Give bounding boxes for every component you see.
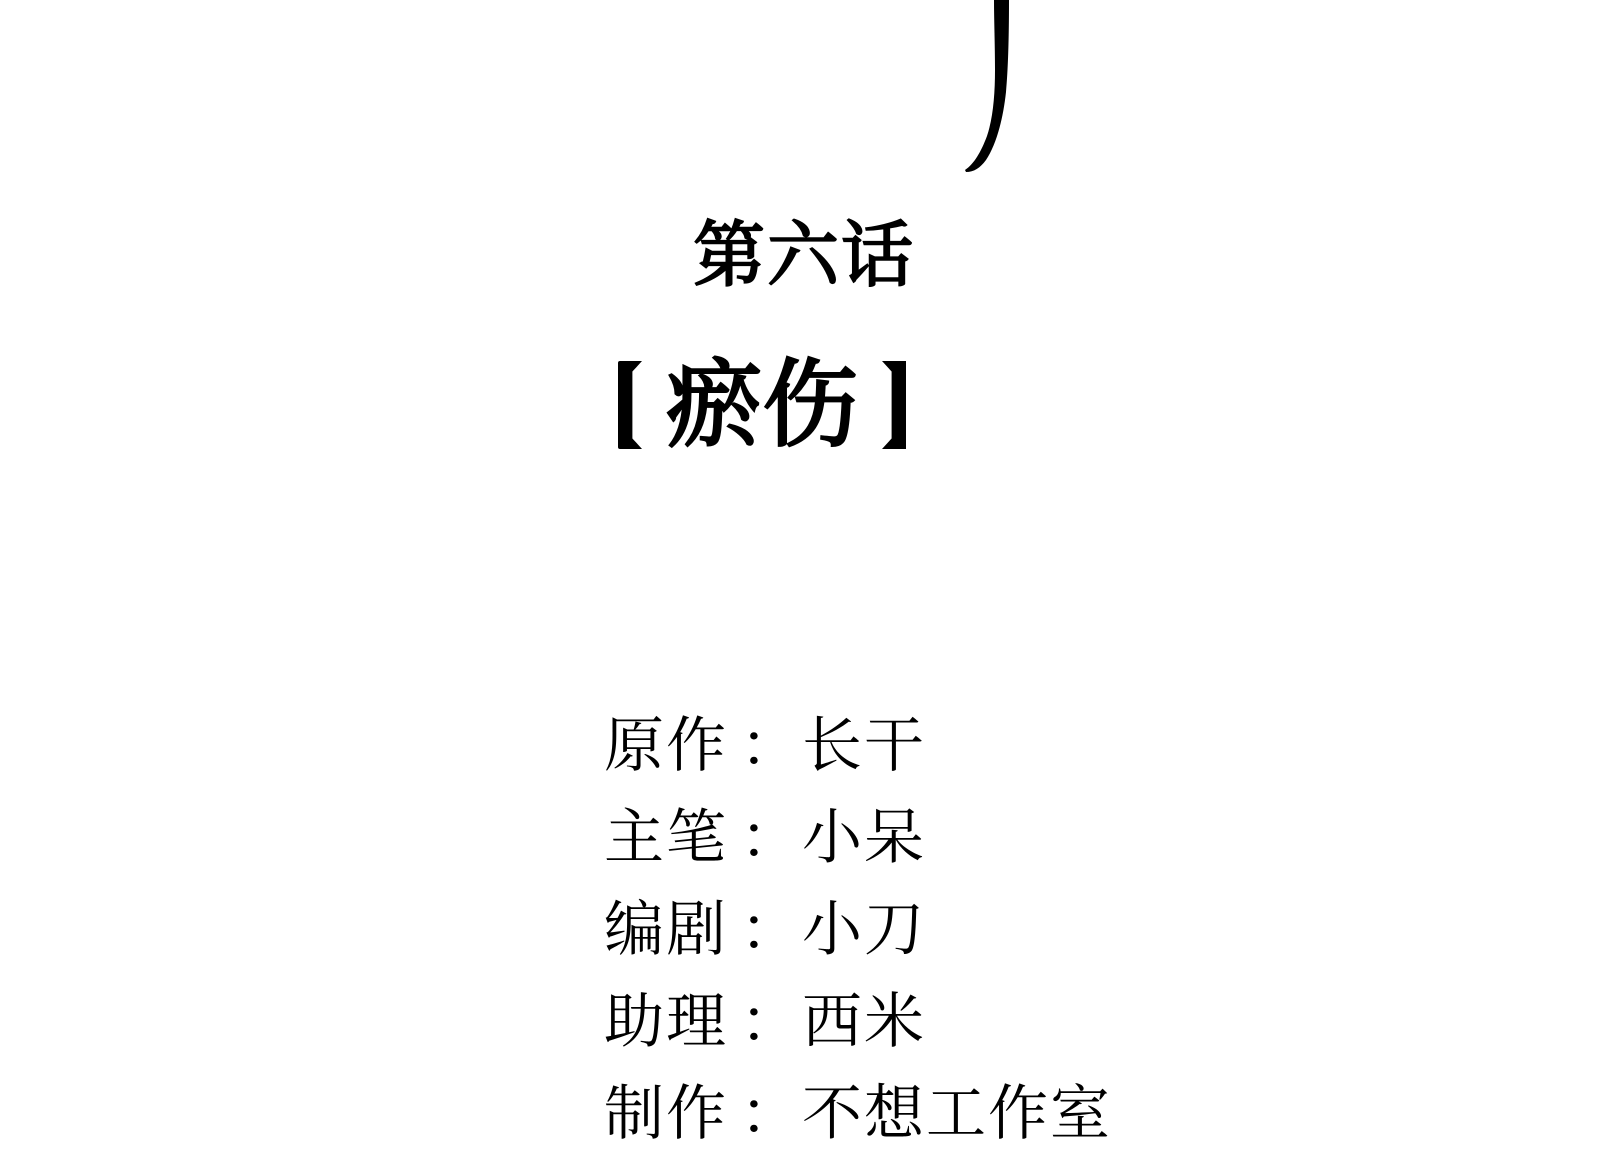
credit-colon: ： bbox=[740, 700, 802, 792]
chapter-number: 第六话 bbox=[0, 205, 1608, 305]
credit-name: 西米 bbox=[802, 976, 926, 1068]
credit-colon: ： bbox=[740, 976, 802, 1068]
brush-stroke-icon bbox=[960, 0, 1020, 175]
credit-original-author: 原作 ： 长干 bbox=[604, 700, 1112, 792]
credit-colon: ： bbox=[740, 792, 802, 884]
credit-name: 小呆 bbox=[802, 792, 926, 884]
credit-assistant: 助理 ： 西米 bbox=[604, 976, 1112, 1068]
credits-list: 原作 ： 长干 主笔 ： 小呆 编剧 ： 小刀 助理 ： 西米 制作 ： 不想工… bbox=[604, 700, 1112, 1160]
credit-name: 小刀 bbox=[802, 884, 926, 976]
credit-name: 长干 bbox=[802, 700, 926, 792]
left-bracket-icon bbox=[618, 361, 632, 449]
credit-colon: ： bbox=[740, 884, 802, 976]
credit-production: 制作 ： 不想工作室 bbox=[604, 1068, 1112, 1160]
chapter-title-text: 瘀伤 bbox=[666, 345, 858, 465]
credit-role: 主笔 bbox=[604, 792, 740, 884]
right-bracket-icon bbox=[892, 361, 906, 449]
credit-role: 助理 bbox=[604, 976, 740, 1068]
credit-role: 原作 bbox=[604, 700, 740, 792]
credit-role: 制作 bbox=[604, 1068, 740, 1160]
credit-name: 不想工作室 bbox=[802, 1068, 1112, 1160]
credit-lead-artist: 主笔 ： 小呆 bbox=[604, 792, 1112, 884]
credit-screenwriter: 编剧 ： 小刀 bbox=[604, 884, 1112, 976]
credit-role: 编剧 bbox=[604, 884, 740, 976]
chapter-title: 瘀伤 bbox=[618, 345, 906, 465]
credit-colon: ： bbox=[740, 1068, 802, 1160]
